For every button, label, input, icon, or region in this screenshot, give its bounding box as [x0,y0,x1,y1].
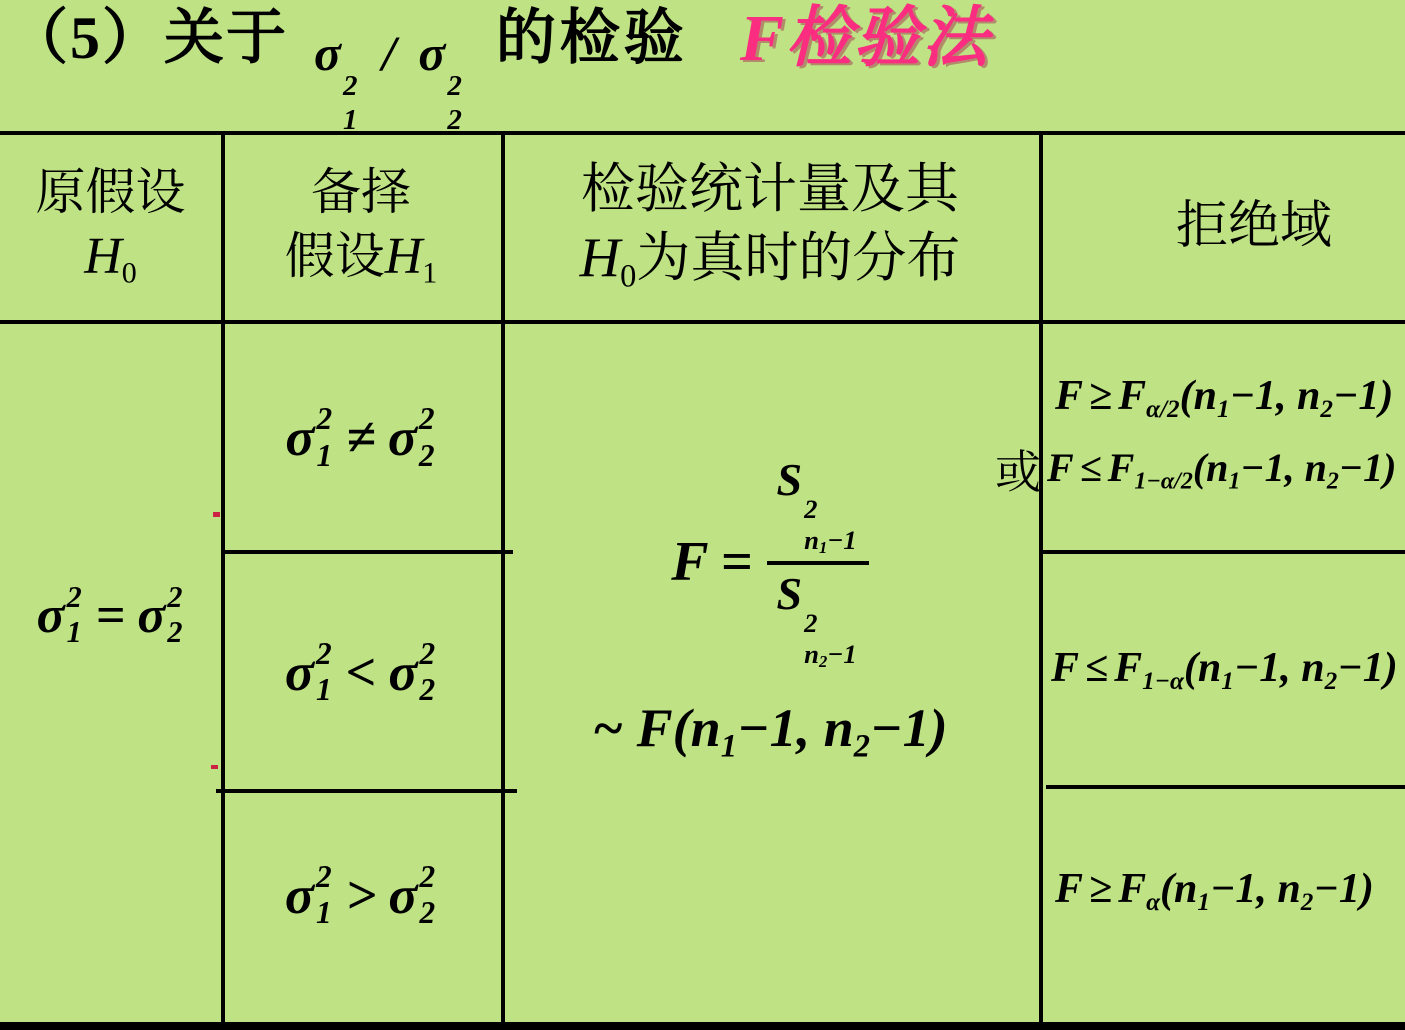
sigma2-symbol: σ [137,586,165,645]
distribution-tail: −1) [870,698,948,758]
sigma1-symbol: σ [285,864,314,926]
header-col3-line2: H0为真时的分布 [580,228,961,293]
slide-title: （5）关于 σ21 / σ22 的检验 F检验法 [8,4,990,135]
sigma2-sup: 2 [420,638,436,669]
args-open: (n [1193,445,1229,490]
header-col2-prefix: 假设 [285,228,385,284]
H0-subscript: 0 [122,256,137,289]
not-equal-operator: ≠ [346,406,376,468]
slide: （5）关于 σ21 / σ22 的检验 F检验法 原假设 H0 备择 假设H1 … [0,0,1405,1030]
n2-subscript: 2 [854,728,870,764]
n1-subscript: 1 [1228,469,1240,495]
fraction-denominator: S2n2−1 [777,565,859,671]
rejection-region-right-tail: F≥Fα(n1−1, n2−1) [1039,789,1405,1022]
equals-operator: = [96,586,126,645]
sigma1-sup: 2 [316,638,332,669]
args-mid: −1, n [1240,445,1326,490]
sigma1-symbol: σ [314,25,341,81]
n-subscript: 2 [819,652,827,671]
sigma2-sub: 2 [420,674,436,705]
args-open: (n [1184,645,1221,691]
sigma2-supsub: 22 [420,638,436,706]
alt-hypothesis-greater-than: σ21>σ22 [221,793,501,1022]
distribution-mid: −1, [737,698,824,758]
n1-subscript: 1 [1197,889,1210,916]
args-close: −1) [1339,445,1397,490]
H0-symbol: H [580,227,621,289]
stray-red-mark-1 [213,512,220,517]
F-symbol: F [1051,645,1079,691]
S-sup: 2 [804,496,817,523]
n1-subscript: 1 [1217,396,1230,423]
F-symbol: F [671,530,708,594]
quantile-subscript: α/2 [1146,396,1180,423]
sigma2-supsub: 22 [419,403,435,471]
args-open: (n [1180,373,1217,419]
n1-subscript: 1 [721,728,737,764]
args-close: −1) [1337,645,1397,691]
F-quantile: F [1118,866,1146,912]
null-hypothesis-cell: σ21=σ22 [0,540,221,690]
sigma2-supsub: 22 [420,861,436,929]
header-col1-line2: H0 [84,228,137,289]
title-variance-ratio: σ21 / σ22 [314,24,464,135]
distribution-lead: ~ F( [592,698,690,758]
sigma1-sup: 2 [316,861,332,892]
sigma1-sup: 2 [343,72,358,101]
n-symbol: n [804,639,819,669]
H1-symbol: H [385,228,423,285]
header-col3-line1: 检验统计量及其 [581,160,959,219]
title-prefix: （5）关于 [8,4,288,73]
H0-subscript: 0 [620,258,636,294]
title-mid: 的检验 [496,4,688,73]
n1-subscript: 1 [1221,668,1234,695]
header-test-statistic: 检验统计量及其 H0为真时的分布 [501,135,1039,318]
n2-subscript: 2 [1301,889,1314,916]
minus-one: −1 [827,525,857,555]
sigma2-sub: 2 [167,617,182,647]
header-col3-rest: 为真时的分布 [636,228,960,288]
F-symbol: F [1055,866,1083,912]
minus-one: −1 [827,639,857,669]
quantile-subscript: α [1146,889,1160,916]
sigma2-sub: 2 [420,897,436,928]
test-statistic-cell: F = S2n1−1 S2n2−1 ~ F(n1−1, n2−1) [501,324,1039,1022]
quantile-subscript: 1−α/2 [1134,469,1193,495]
equals-operator: = [721,530,753,594]
rejection-region-left-tail: F≤F1−α(n1−1, n2−1) [1039,554,1405,785]
less-than-operator: < [346,641,377,703]
alt-hypothesis-not-equal: σ21≠σ22 [221,324,501,550]
alt-hypothesis-less-than: σ21<σ22 [221,554,501,789]
stray-red-mark-2 [211,765,218,769]
sigma1-sup: 2 [317,403,333,434]
S-sub: n1−1 [804,527,857,557]
leq-operator: ≤ [1085,645,1108,691]
S-supsub: 2n2−1 [804,610,857,671]
f-statistic-formula: F = S2n1−1 S2n2−1 [671,453,868,670]
leq-operator: ≤ [1080,445,1102,490]
rejection-formula: F≥Fα(n1−1, n2−1) [1055,865,1374,915]
F-symbol: F [1055,373,1083,419]
statistic-fraction: S2n1−1 S2n2−1 [767,453,869,670]
S-symbol: S [777,568,803,619]
geq-operator: ≥ [1089,373,1112,419]
table-bottom-border [0,1022,1405,1030]
sigma1-symbol: σ [37,586,65,645]
sigma2-symbol: σ [388,641,417,703]
S-sup: 2 [804,610,817,637]
header-alt-hypothesis: 备择 假设H1 [221,135,501,318]
sigma1-symbol: σ [285,406,314,468]
header-col1-line1: 原假设 [36,165,186,220]
divide-slash: / [382,25,396,81]
or-label: 或 [995,436,1041,502]
geq-operator: ≥ [1089,866,1112,912]
n2-subscript: 2 [1320,396,1333,423]
sigma2-symbol: σ [418,25,445,81]
formula-body: F≤F1−α/2(n1−1, n2−1) [1047,444,1396,494]
distribution-formula: ~ F(n1−1, n2−1) [592,697,947,763]
title-method-label: F检验法 [740,4,990,73]
rejection-formula-lower: 或 F≤F1−α/2(n1−1, n2−1) [1055,436,1396,502]
sigma2-symbol: σ [388,864,417,926]
sigma2-sup: 2 [420,861,436,892]
sigma2-sup: 2 [419,403,435,434]
sigma1-supsub: 21 [67,582,82,647]
header-rejection-region: 拒绝域 [1039,135,1405,318]
sigma2-sup: 2 [167,582,182,612]
args-open: (n [1160,866,1197,912]
sigma1-supsub: 21 [316,638,332,706]
sigma1-supsub: 21 [343,72,358,135]
header-null-hypothesis: 原假设 H0 [0,135,221,318]
sigma1-sub: 1 [316,674,332,705]
args-mid: −1, n [1234,645,1325,691]
n2-symbol: n [824,698,854,758]
S-supsub: 2n1−1 [804,496,857,557]
sigma1-symbol: σ [285,641,314,703]
sigma1-sub: 1 [316,897,332,928]
header-col2-line2: 假设H1 [285,228,438,289]
rejection-formula-upper: F≥Fα/2(n1−1, n2−1) [1055,372,1393,422]
greater-than-operator: > [346,864,377,926]
sigma2-symbol: σ [388,406,417,468]
sigma1-supsub: 21 [316,861,332,929]
n2-subscript: 2 [1325,668,1338,695]
sigma2-supsub: 22 [447,72,462,135]
quantile-subscript: 1−α [1142,668,1184,695]
H0-symbol: H [84,228,122,285]
fraction-numerator: S2n1−1 [767,453,869,565]
F-quantile: F [1118,373,1146,419]
args-mid: −1, n [1230,373,1321,419]
rejection-formula: F≤F1−α(n1−1, n2−1) [1051,644,1398,694]
args-mid: −1, n [1210,866,1301,912]
sigma1-sup: 2 [67,582,82,612]
n-symbol: n [804,525,819,555]
F-symbol: F [1047,445,1074,490]
n-subscript: 1 [819,539,827,558]
S-symbol: S [777,454,803,505]
sigma1-sub: 1 [67,617,82,647]
n1-symbol: n [691,698,721,758]
sigma1-supsub: 21 [317,403,333,471]
F-quantile: F [1114,645,1142,691]
F-quantile: F [1108,445,1135,490]
sigma1-sub: 1 [317,440,333,471]
S-sub: n2−1 [804,641,857,671]
H1-subscript: 1 [422,256,437,289]
sigma2-supsub: 22 [167,582,182,647]
args-close: −1) [1313,866,1373,912]
args-close: −1) [1333,373,1393,419]
n2-subscript: 2 [1327,469,1339,495]
header-col2-line1: 备择 [311,165,411,220]
header-col4-label: 拒绝域 [1176,198,1332,255]
sigma2-sub: 2 [419,440,435,471]
rejection-region-two-sided: F≥Fα/2(n1−1, n2−1) 或 F≤F1−α/2(n1−1, n2−1… [1039,324,1405,550]
sigma2-sup: 2 [447,72,462,101]
